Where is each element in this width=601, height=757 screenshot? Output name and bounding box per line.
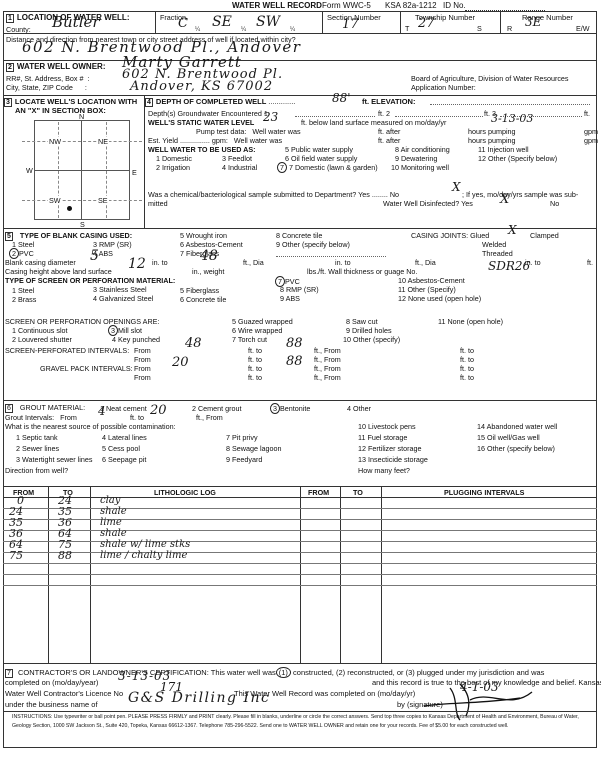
- contam-3[interactable]: 3 Watertight sewer lines: [16, 455, 92, 464]
- application-label: Application Number:: [411, 83, 476, 92]
- pump-ft-after: ft. after: [378, 127, 400, 136]
- sec2-title: 2WATER WELL OWNER:: [6, 62, 106, 72]
- log-desc[interactable]: shale: [100, 529, 127, 538]
- gauge-field[interactable]: SDR26: [488, 262, 530, 271]
- contam-10[interactable]: 10 Livestock pens: [358, 422, 416, 431]
- sample-tail: ; If yes, mo/day/yrs sample was sub-: [462, 190, 578, 199]
- grout-from-field[interactable]: 4: [98, 407, 106, 416]
- screen-intervals-label: SCREEN-PERFORATED INTERVALS:: [5, 346, 129, 355]
- screen-3[interactable]: 3 Stainless Steel: [93, 285, 147, 294]
- range-field[interactable]: 3E: [525, 18, 541, 27]
- screen-9[interactable]: 9 ABS: [280, 294, 300, 303]
- casing-9[interactable]: 9 Other (specify below): [276, 240, 350, 249]
- screen-from-2: From: [134, 355, 151, 364]
- log-from[interactable]: 36: [9, 529, 23, 538]
- screen-ft-to-4: ft. to: [460, 355, 474, 364]
- pump-gpm: gpm: [584, 127, 598, 136]
- screen-8[interactable]: 8 RMP (SR): [280, 285, 319, 294]
- business-field[interactable]: G&S Drilling Inc: [128, 694, 270, 703]
- joints-glued-mark[interactable]: X: [508, 226, 517, 235]
- cert-line-1: 7 CONTRACTOR'S OR LANDOWNER'S CERTIFICAT…: [5, 667, 544, 678]
- log-header-plugging: PLUGGING INTERVALS: [444, 488, 524, 497]
- screen-11[interactable]: 11 Other (Specify): [398, 285, 456, 294]
- sample-question: Was a chemical/bacteriological sample su…: [148, 190, 399, 199]
- log-to[interactable]: 35: [58, 507, 72, 516]
- use-1[interactable]: 1 Domestic: [156, 154, 192, 163]
- business-label: under the business name of: [5, 700, 98, 709]
- township-s: S: [477, 24, 482, 33]
- pump-hours: hours pumping: [468, 127, 516, 136]
- address-field[interactable]: 602 N. Brentwood Pl.: [122, 70, 283, 79]
- log-to[interactable]: 36: [58, 518, 72, 527]
- opening-8[interactable]: 8 Saw cut: [346, 317, 378, 326]
- log-from[interactable]: 24: [9, 507, 23, 516]
- use-5[interactable]: 5 Public water supply: [285, 145, 353, 154]
- mitted: mitted: [148, 199, 168, 208]
- diameter-ft: ft.: [587, 258, 593, 267]
- screen-ft-to-1: ft. to: [248, 346, 262, 355]
- screen-from-1: From: [134, 346, 151, 355]
- log-desc[interactable]: shale w/ lime stks: [100, 540, 190, 549]
- weight-label: in., weight: [192, 267, 224, 276]
- township-field[interactable]: 27: [418, 19, 435, 28]
- log-to[interactable]: 88: [58, 551, 72, 560]
- contam-15[interactable]: 15 Oil well/Gas well: [477, 433, 540, 442]
- quadrant-sw: SW: [48, 196, 62, 205]
- sec3-subtitle: AN "X" IN SECTION BOX:: [15, 106, 106, 115]
- gravel-from-1: From: [134, 364, 151, 373]
- log-desc[interactable]: lime: [100, 518, 122, 527]
- address-label: RR#, St. Address, Box # :: [6, 74, 90, 83]
- screen-ft-to-3: ft. to: [248, 355, 262, 364]
- log-header-lithologic: LITHOLOGIC LOG: [154, 488, 216, 497]
- form-title: WATER WELL RECORD: [232, 1, 322, 10]
- board-label: Board of Agriculture, Division of Water …: [411, 74, 569, 83]
- contam-16[interactable]: 16 Other (specify below): [477, 444, 555, 453]
- grout-4[interactable]: 4 Other: [347, 404, 371, 413]
- log-header-plug-to: TO: [353, 488, 363, 497]
- joints-threaded[interactable]: Threaded: [482, 249, 513, 258]
- gravel-ft-to-4: ft. to: [460, 373, 474, 382]
- screen-ft-from-2: ft., From: [314, 355, 341, 364]
- use-2[interactable]: 2 Irrigation: [156, 163, 190, 172]
- contam-13[interactable]: 13 Insecticide storage: [358, 455, 428, 464]
- fraction-1[interactable]: C: [178, 19, 188, 28]
- completed-label: completed on (mo/day/year): [5, 678, 98, 687]
- gravel-intervals-label: GRAVEL PACK INTERVALS:: [40, 364, 133, 373]
- grout-1[interactable]: 1 Neat cement: [100, 404, 147, 413]
- pump-label: Pump test data: Well water was: [196, 127, 301, 136]
- use-8[interactable]: 8 Air conditioning: [395, 145, 450, 154]
- log-from[interactable]: 64: [9, 540, 23, 549]
- log-desc[interactable]: shale: [100, 507, 127, 516]
- gravel-ft-from-2: ft., From: [314, 373, 341, 382]
- opening-4[interactable]: 4 Key punched: [112, 335, 160, 344]
- owner-field[interactable]: Marty Garrett: [122, 58, 242, 67]
- log-from[interactable]: 75: [9, 551, 23, 560]
- contam-label: What is the nearest source of possible c…: [5, 422, 176, 431]
- log-desc[interactable]: clay: [100, 496, 120, 505]
- city-field[interactable]: Andover, KS 67002: [130, 82, 273, 91]
- diameter-in-to: in. to: [152, 258, 168, 267]
- grout-2[interactable]: 2 Cement grout: [192, 404, 242, 413]
- gravel-from-2: From: [134, 373, 151, 382]
- contam-6[interactable]: 6 Seepage pit: [102, 455, 146, 464]
- form-number: Form WWC-5: [322, 1, 371, 10]
- contam-1[interactable]: 1 Septic tank: [16, 433, 58, 442]
- depth-label: 4DEPTH OF COMPLETED WELL .............: [145, 97, 295, 107]
- quadrant-se: SE: [97, 196, 109, 205]
- contam-11[interactable]: 11 Fuel storage: [358, 433, 407, 442]
- elevation-label: ft. ELEVATION:: [362, 97, 415, 106]
- section-field[interactable]: 17: [342, 20, 359, 29]
- grout-to-field[interactable]: 20: [150, 406, 167, 415]
- grout-3-selected[interactable]: 3Bentonite: [270, 403, 310, 414]
- fraction-3[interactable]: SW: [256, 18, 280, 27]
- grout-ft-from: ft., From: [196, 413, 223, 422]
- height-label: Casing height above land surface: [5, 267, 112, 276]
- direction-label: Direction from well?: [5, 466, 68, 475]
- opening-6[interactable]: 6 Wire wrapped: [232, 326, 282, 335]
- range-ew: E/W: [576, 24, 590, 33]
- screen-6[interactable]: 6 Concrete tile: [180, 295, 226, 304]
- log-header-plug-from: FROM: [308, 488, 329, 497]
- joints-clamped[interactable]: Clamped: [530, 231, 559, 240]
- use-10[interactable]: 10 Monitoring well: [391, 163, 449, 172]
- use-11[interactable]: 11 Injection well: [478, 145, 529, 154]
- casing-5[interactable]: 5 Wrought iron: [180, 231, 227, 240]
- screen-from-field[interactable]: 48: [185, 339, 202, 348]
- opening-9[interactable]: 9 Drilled holes: [346, 326, 392, 335]
- yield-gpm: gpm: [584, 136, 598, 145]
- log-to[interactable]: 75: [58, 540, 72, 549]
- instructions: INSTRUCTIONS: Use typewriter or ball poi…: [12, 713, 587, 731]
- disinfected-yes-mark[interactable]: X: [500, 195, 509, 204]
- sample-no-mark[interactable]: X: [452, 183, 461, 192]
- id-label: ID No.: [443, 1, 466, 10]
- yield-hours: hours pumping: [468, 136, 516, 145]
- compass-e: E: [132, 168, 137, 177]
- screen-ft-from-1: ft., From: [314, 346, 341, 355]
- screen-ft-to-2: ft. to: [460, 346, 474, 355]
- distance-field[interactable]: 602 N. Brentwood Pl., Andover: [22, 43, 301, 52]
- disinfected-label: Water Well Disinfected? Yes: [383, 199, 473, 208]
- joints-label: CASING JOINTS: Glued: [411, 231, 489, 240]
- diameter-to-field[interactable]: 48: [200, 252, 218, 261]
- diameter-ft-dia: ft., Dia: [243, 258, 264, 267]
- opening-11[interactable]: 11 None (open hole): [438, 317, 503, 326]
- fraction-2[interactable]: SE: [212, 18, 232, 27]
- contam-5[interactable]: 5 Cess pool: [102, 444, 140, 453]
- static-field[interactable]: 23: [263, 113, 278, 122]
- depth-field[interactable]: 88': [332, 94, 351, 103]
- gw-ft: ft.: [584, 109, 590, 118]
- opening-2[interactable]: 2 Louvered shutter: [12, 335, 72, 344]
- disinfected-no[interactable]: No: [550, 199, 559, 208]
- contam-12[interactable]: 12 Fertilizer storage: [358, 444, 422, 453]
- use-12[interactable]: 12 Other (Specify below): [478, 154, 557, 163]
- yield-label: Est. Yield ............... gpm: Well wat…: [148, 136, 282, 145]
- static-label: WELL'S STATIC WATER LEVEL: [148, 118, 254, 127]
- static-date-field[interactable]: 3-13-03: [491, 114, 533, 123]
- contam-9[interactable]: 9 Feedyard: [226, 455, 262, 464]
- height-field[interactable]: 12: [128, 260, 146, 269]
- static-text: ft. below land surface measured on mo/da…: [301, 118, 446, 127]
- use-3[interactable]: 3 Feedlot: [222, 154, 252, 163]
- opening-7[interactable]: 7 Torch cut: [232, 335, 267, 344]
- licence-label: Water Well Contractor's Licence No: [5, 689, 123, 698]
- log-to[interactable]: 24: [58, 496, 72, 505]
- joints-welded[interactable]: Welded: [482, 240, 506, 249]
- log-desc[interactable]: lime / chalty lime: [100, 551, 187, 560]
- county-field[interactable]: Butler: [52, 18, 100, 27]
- quadrant-ne: NE: [97, 137, 109, 146]
- log-from[interactable]: 0: [17, 496, 24, 505]
- compass-w: W: [26, 166, 33, 175]
- use-7-selected[interactable]: 7 7 Domestic (lawn & garden): [277, 162, 378, 173]
- contam-7[interactable]: 7 Pit privy: [226, 433, 258, 442]
- opening-5[interactable]: 5 Guazed wrapped: [232, 317, 293, 326]
- screen-4[interactable]: 4 Galvanized Steel: [93, 294, 153, 303]
- screen-12[interactable]: 12 None used (open hole): [398, 294, 481, 303]
- well-location-marker[interactable]: [67, 206, 72, 211]
- opening-10[interactable]: 10 Other (specify): [343, 335, 400, 344]
- quadrant-nw: NW: [48, 137, 62, 146]
- screen-1[interactable]: 1 Steel: [12, 286, 34, 295]
- gw-2: ft. 2: [378, 109, 390, 118]
- casing-8[interactable]: 8 Concrete tile: [276, 231, 322, 240]
- diameter-in-to-2: in. to: [335, 258, 351, 267]
- feet-label: How many feet?: [358, 466, 410, 475]
- range-r: R: [507, 24, 512, 33]
- grout-label: 6 GROUT MATERIAL:: [5, 403, 85, 413]
- screen-2[interactable]: 2 Brass: [12, 295, 36, 304]
- gravel-to-field[interactable]: 88: [286, 357, 303, 366]
- use-4[interactable]: 4 Industrial: [222, 163, 257, 172]
- city-label: City, State, ZIP Code :: [6, 83, 87, 92]
- diameter-field[interactable]: 5: [90, 252, 99, 261]
- statute: KSA 82a-1212: [385, 1, 437, 10]
- grout-ft-to: ft. to: [130, 413, 144, 422]
- township-t: T: [405, 24, 409, 33]
- screen-title: TYPE OF SCREEN OR PERFORATION MATERIAL:: [5, 276, 175, 285]
- use-9[interactable]: 9 Dewatering: [395, 154, 437, 163]
- use-label: WELL WATER TO BE USED AS:: [148, 145, 256, 154]
- gravel-ft-to-3: ft. to: [248, 373, 262, 382]
- yield-ft-after: ft. after: [378, 136, 400, 145]
- log-to[interactable]: 64: [58, 529, 72, 538]
- gravel-ft-to-2: ft. to: [460, 364, 474, 373]
- lbs-label: lbs./ft. Wall thickness or guage No.: [307, 267, 417, 276]
- groundwater-label: Depth(s) Groundwater Encountered 1: [148, 109, 268, 118]
- gravel-ft-from-1: ft., From: [314, 364, 341, 373]
- screen-5[interactable]: 5 Fiberglass: [180, 286, 219, 295]
- diameter-ft-dia-2: ft., Dia: [415, 258, 436, 267]
- contam-14[interactable]: 14 Abandoned water well: [477, 422, 557, 431]
- contam-4[interactable]: 4 Lateral lines: [102, 433, 147, 442]
- gravel-ft-to-1: ft. to: [248, 364, 262, 373]
- opening-1[interactable]: 1 Continuous slot: [12, 326, 68, 335]
- gravel-from-field[interactable]: 20: [172, 358, 189, 367]
- contam-8[interactable]: 8 Sewage lagoon: [226, 444, 282, 453]
- contam-2[interactable]: 2 Sewer lines: [16, 444, 59, 453]
- compass-n: N: [79, 112, 84, 121]
- screen-10[interactable]: 10 Asbestos-Cement: [398, 276, 465, 285]
- log-from[interactable]: 35: [9, 518, 23, 527]
- grout-intervals-label: Grout Intervals: From: [5, 413, 77, 422]
- diameter-label: Blank casing diameter: [5, 258, 76, 267]
- screen-to-field[interactable]: 88: [286, 339, 303, 348]
